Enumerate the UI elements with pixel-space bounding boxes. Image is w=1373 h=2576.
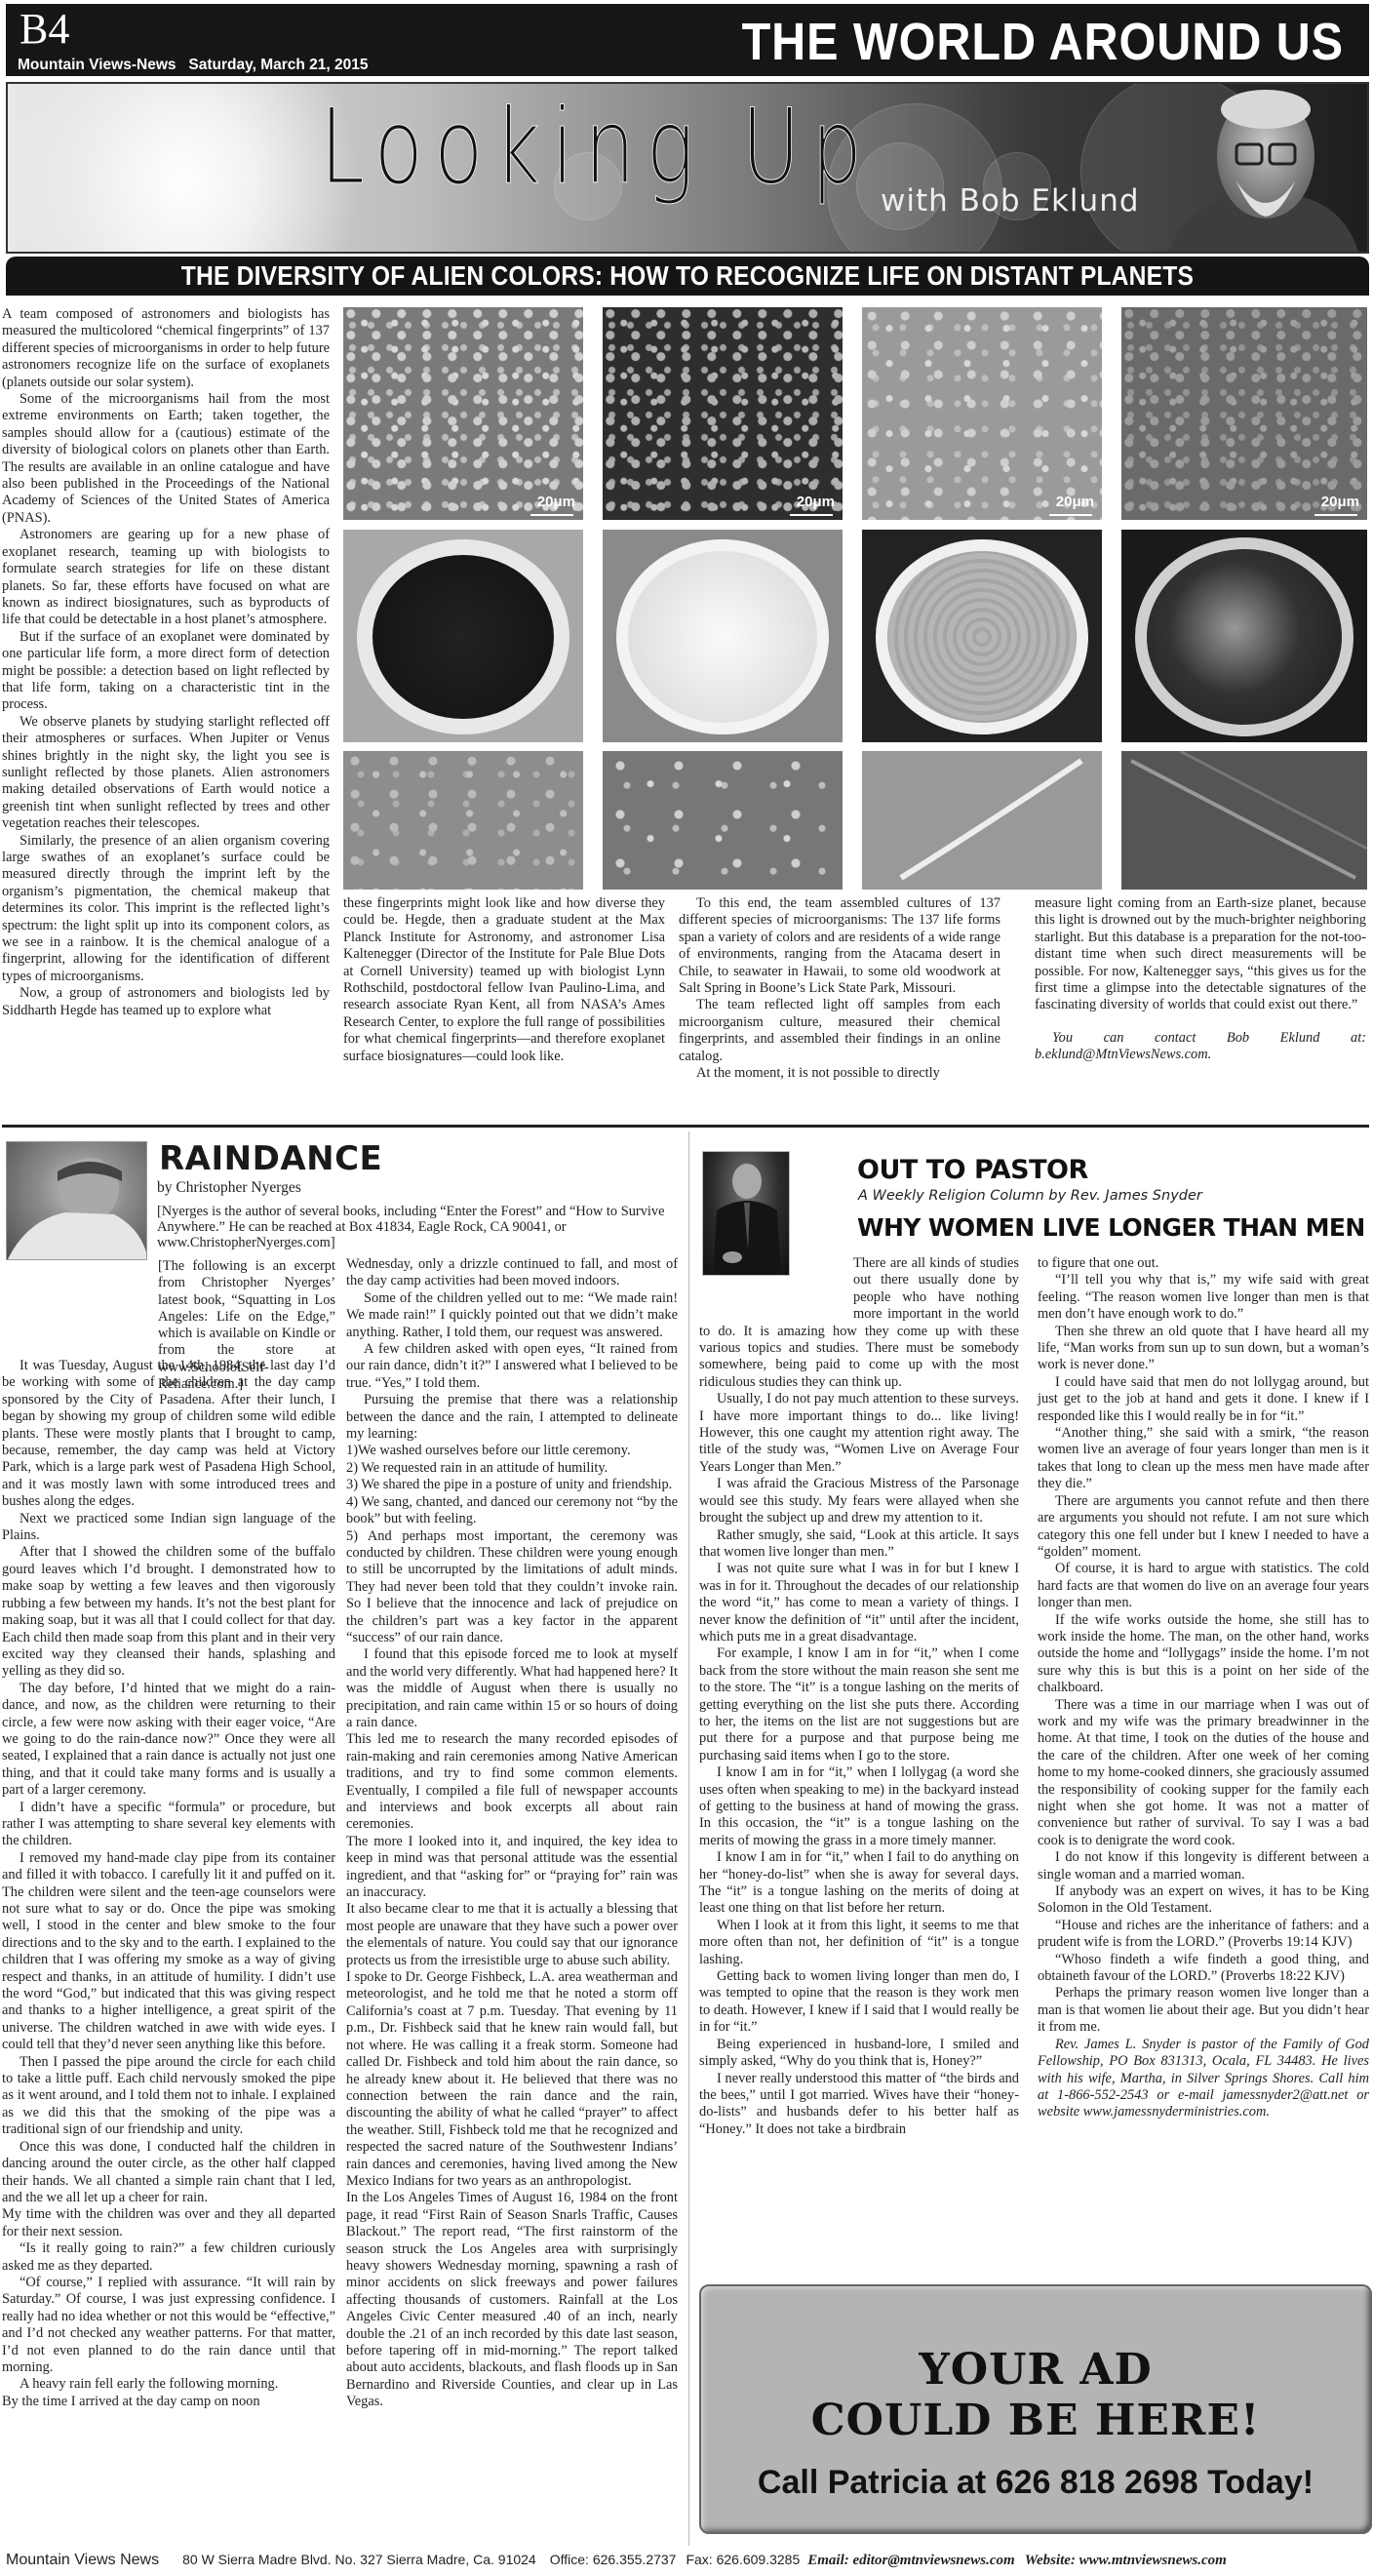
raindance-paragraph: Once this was done, I conducted half the… <box>2 2139 335 2207</box>
pastor-paragraph: There was a time in our marriage when I … <box>1038 1697 1369 1850</box>
pastor-paragraph: “Whoso findeth a wife findeth a good thi… <box>1038 1952 1369 1986</box>
feature-paragraph: Some of the microorganisms hail from the… <box>2 391 330 527</box>
footer-paper-name: Mountain Views News <box>6 2552 159 2569</box>
raindance-paragraph: “Is it really going to rain?” a few chil… <box>2 2240 335 2275</box>
pastor-column-subtitle: A Weekly Religion Column by Rev. James S… <box>858 1188 1202 1204</box>
page-footer: Mountain Views News 80 W Sierra Madre Bl… <box>6 2552 1371 2569</box>
ad-call-to-action: Call Patricia at 626 818 2698 Today! <box>699 2464 1372 2502</box>
raindance-paragraph: The day before, I’d hinted that we might… <box>2 1681 335 1800</box>
feature-paragraph: Now, a group of astronomers and biologis… <box>2 985 330 1019</box>
footer-address: 80 W Sierra Madre Blvd. No. 327 Sierra M… <box>182 2552 536 2567</box>
article-headline-bar: THE DIVERSITY OF ALIEN COLORS: HOW TO RE… <box>6 257 1369 296</box>
feature-paragraph: To this end, the team assembled cultures… <box>679 895 1000 997</box>
footer-fax: Fax: 626.609.3285 <box>686 2552 800 2567</box>
author-contact: You can contact Bob Eklund at: b.eklund@… <box>1035 1030 1366 1064</box>
raindance-byline: by Christopher Nyerges <box>157 1179 301 1197</box>
raindance-author-bio: [Nyerges is the author of several books,… <box>157 1204 688 1250</box>
photo-wrap-spacer <box>699 1255 853 1308</box>
page-number: B4 <box>20 8 69 51</box>
raindance-paragraph: My time with the children was over and t… <box>2 2206 335 2240</box>
raindance-paragraph: The more I looked into it, and inquired,… <box>346 1834 678 1902</box>
issue-date: Saturday, March 21, 2015 <box>188 57 368 73</box>
scale-label: 20μm <box>537 494 575 510</box>
microscope-image-3: 20μm <box>862 307 1102 520</box>
masthead: B4 Mountain Views-News Saturday, March 2… <box>6 4 1369 76</box>
closeup-image-2 <box>603 751 843 890</box>
raindance-column-2: Wednesday, only a drizzle continued to f… <box>346 1256 678 2411</box>
pastor-paragraph: I know I am in for “it,” when I lollygag… <box>699 1764 1019 1849</box>
raindance-column-1: It was Tuesday, August the 14th, 1984, t… <box>2 1358 335 2410</box>
pastor-paragraph: I was afraid the Gracious Mistress of th… <box>699 1476 1019 1526</box>
feature-column-3: To this end, the team assembled cultures… <box>679 895 1000 1082</box>
petri-dish-image-2 <box>603 530 843 742</box>
pastor-paragraph: I know I am in for “it,” when I fail to … <box>699 1849 1019 1918</box>
petri-dish-image-3 <box>862 530 1102 742</box>
raindance-paragraph: It was Tuesday, August the 14th, 1984, t… <box>2 1358 335 1511</box>
raindance-list-item: 5) And perhaps most important, the cerem… <box>346 1528 678 1647</box>
paper-dateline: Mountain Views-News Saturday, March 21, … <box>18 57 369 74</box>
pastor-paragraph: If the wife works outside the home, she … <box>1038 1612 1369 1697</box>
raindance-paragraph: I didn’t have a specific “formula” or pr… <box>2 1800 335 1850</box>
raindance-list-item: 4) We sang, chanted, and danced our cere… <box>346 1494 678 1528</box>
section-title: THE WORLD AROUND US <box>742 14 1344 70</box>
raindance-list-item: 3) We shared the pipe in a posture of un… <box>346 1477 678 1493</box>
feature-paragraph: We observe planets by studying starlight… <box>2 714 330 833</box>
raindance-paragraph: I found that this episode forced me to l… <box>346 1646 678 1731</box>
pastor-paragraph: Then she threw an old quote that I have … <box>1038 1324 1369 1374</box>
raindance-paragraph: Some of the children yelled out to me: “… <box>346 1290 678 1341</box>
pastor-paragraph: I could have said that men do not lollyg… <box>1038 1374 1369 1425</box>
microscope-image-1: 20μm <box>343 307 583 520</box>
raindance-list-item: 2) We requested rain in an attitude of h… <box>346 1460 678 1477</box>
pastor-paragraph: to figure that one out. <box>1038 1255 1369 1272</box>
pastor-author-note: Rev. James L. Snyder is pastor of the Fa… <box>1038 2037 1369 2121</box>
raindance-paragraph: Then I passed the pipe around the circle… <box>2 2054 335 2139</box>
raindance-paragraph: Wednesday, only a drizzle continued to f… <box>346 1256 678 1290</box>
pastor-paragraph: Rather smugly, she said, “Look at this a… <box>699 1527 1019 1562</box>
pastor-column-1: There are all kinds of studies out there… <box>699 1255 1019 2138</box>
petri-dish-image-4 <box>1121 530 1367 742</box>
feature-paragraph: Astronomers are gearing up for a new pha… <box>2 527 330 628</box>
pastor-paragraph: Of course, it is hard to argue with stat… <box>1038 1561 1369 1611</box>
pastor-paragraph: Perhaps the primary reason women live lo… <box>1038 1985 1369 2036</box>
feature-paragraph: At the moment, it is not possible to dir… <box>679 1065 1000 1082</box>
raindance-paragraph: I removed my hand-made clay pipe from it… <box>2 1850 335 2054</box>
feature-paragraph: But if the surface of an exoplanet were … <box>2 629 330 714</box>
pastor-paragraph: I was not quite sure what I was in for b… <box>699 1561 1019 1645</box>
pastor-paragraph: For example, I know I am in for “it,” wh… <box>699 1645 1019 1764</box>
scale-label: 20μm <box>797 494 835 510</box>
feature-column-4: measure light coming from an Earth-size … <box>1035 895 1366 1064</box>
pastor-paragraph: “House and riches are the inheritance of… <box>1038 1918 1369 1952</box>
section-divider <box>2 1125 1369 1128</box>
pastor-paragraph: When I look at it from this light, it se… <box>699 1918 1019 1968</box>
pastor-paragraph: “Another thing,” she said with a smirk, … <box>1038 1425 1369 1493</box>
article-headline: THE DIVERSITY OF ALIEN COLORS: HOW TO RE… <box>181 260 1194 292</box>
pastor-column-title: OUT TO PASTOR <box>857 1155 1088 1185</box>
pastor-paragraph: I do not know if this longevity is diffe… <box>1038 1849 1369 1883</box>
raindance-paragraph: After that I showed the children some of… <box>2 1544 335 1680</box>
closeup-image-1 <box>343 751 583 890</box>
raindance-paragraph: “Of course,” I replied with assurance. “… <box>2 2275 335 2376</box>
columnist-portrait <box>1158 88 1363 252</box>
microscope-image-2: 20μm <box>603 307 843 520</box>
raindance-paragraph: It also became clear to me that it is ac… <box>346 1901 678 1969</box>
raindance-paragraph: In the Los Angeles Times of August 16, 1… <box>346 2190 678 2410</box>
raindance-paragraph: A heavy rain fell early the following mo… <box>2 2376 335 2393</box>
closeup-image-4 <box>1121 751 1367 890</box>
scale-label: 20μm <box>1321 494 1359 510</box>
pastor-paragraph: Getting back to women living longer than… <box>699 1968 1019 2037</box>
raindance-paragraph: By the time I arrived at the day camp on… <box>2 2394 335 2410</box>
pastor-paragraph: If anybody was an expert on wives, it ha… <box>1038 1883 1369 1918</box>
pastor-paragraph: Being experienced in husband-lore, I smi… <box>699 2037 1019 2071</box>
raindance-paragraph: Next we practiced some Indian sign langu… <box>2 1511 335 1545</box>
pastor-article-headline: WHY WOMEN LIVE LONGER THAN MEN <box>857 1213 1365 1242</box>
feature-column-1: A team composed of astronomers and biolo… <box>2 306 330 1019</box>
banner-subtitle: with Bob Eklund <box>881 183 1140 218</box>
pastor-paragraph: “I’ll tell you why that is,” my wife sai… <box>1038 1272 1369 1323</box>
ad-headline-line2: COULD BE HERE! <box>699 2396 1372 2446</box>
raindance-paragraph: This led me to research the many recorde… <box>346 1731 678 1833</box>
raindance-author-photo <box>6 1141 147 1260</box>
closeup-image-3 <box>862 751 1102 890</box>
column-banner: Looking Up with Bob Eklund <box>6 82 1369 254</box>
footer-website-link[interactable]: Website: www.mtnviewsnews.com <box>1025 2553 1227 2569</box>
feature-column-2: these fingerprints might look like and h… <box>343 895 665 1065</box>
feature-paragraph: these fingerprints might look like and h… <box>343 895 665 1065</box>
pastor-paragraph: I never really understood this matter of… <box>699 2071 1019 2139</box>
pastor-paragraph: Usually, I do not pay much attention to … <box>699 1391 1019 1476</box>
microscope-image-4: 20μm <box>1121 307 1367 520</box>
pastor-paragraph: There are arguments you cannot refute an… <box>1038 1493 1369 1562</box>
column-divider <box>688 1131 689 2546</box>
raindance-title: RAINDANCE <box>159 1139 382 1178</box>
footer-email-link[interactable]: Email: editor@mtnviewsnews.com <box>807 2553 1014 2569</box>
feature-paragraph: The team reflected light off samples fro… <box>679 997 1000 1065</box>
raindance-paragraph: A few children asked with open eyes, “It… <box>346 1341 678 1392</box>
pastor-column-2: to figure that one out. “I’ll tell you w… <box>1038 1255 1369 2121</box>
raindance-list-item: 1)We washed ourselves before our little … <box>346 1443 678 1459</box>
raindance-paragraph: I spoke to Dr. George Fishbeck, L.A. are… <box>346 1969 678 2190</box>
scale-label: 20μm <box>1056 494 1094 510</box>
paper-name: Mountain Views-News <box>18 57 177 73</box>
feature-paragraph: A team composed of astronomers and biolo… <box>2 306 330 391</box>
banner-title: Looking Up <box>320 94 873 201</box>
petri-dish-image-1 <box>343 530 583 742</box>
raindance-paragraph: Pursuing the premise that there was a re… <box>346 1392 678 1443</box>
footer-office-phone: Office: 626.355.2737 <box>550 2552 677 2567</box>
advertisement-placeholder[interactable]: YOUR AD COULD BE HERE! Call Patricia at … <box>699 2284 1372 2534</box>
feature-paragraph: Similarly, the presence of an alien orga… <box>2 833 330 986</box>
ad-headline-line1: YOUR AD <box>699 2345 1372 2396</box>
feature-paragraph: measure light coming from an Earth-size … <box>1035 895 1366 1014</box>
